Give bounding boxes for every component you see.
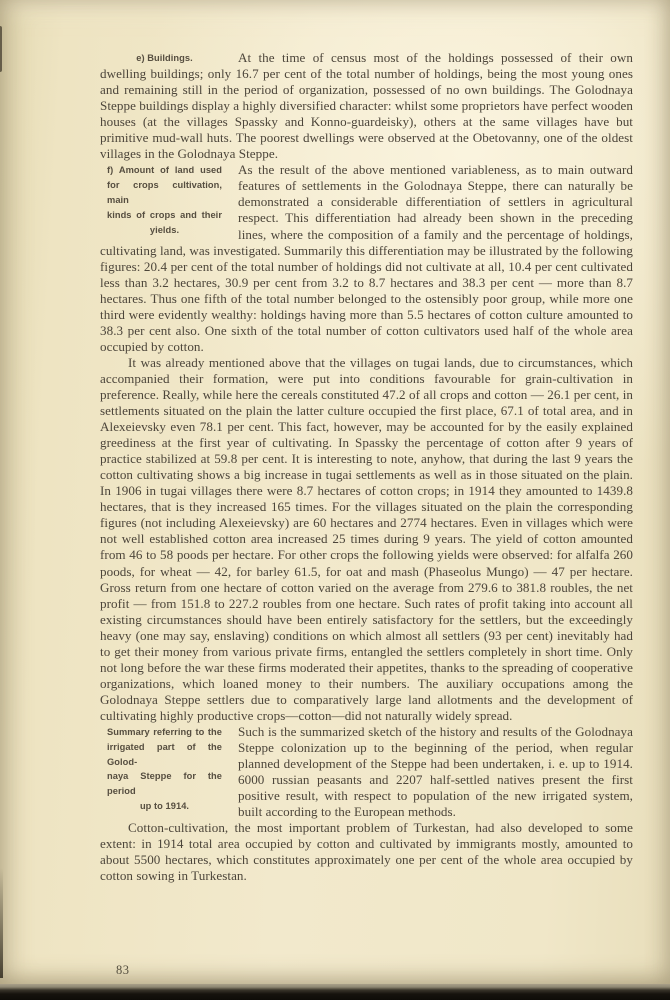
- paragraph-tugai-villages-text: It was already mentioned above that the …: [100, 355, 633, 723]
- margin-note-line: kinds of crops and their: [107, 208, 222, 223]
- page-number: 83: [116, 963, 130, 978]
- scanned-page-background: e) Buildings. At the time of census most…: [0, 0, 670, 1000]
- margin-note-line: for crops cultivation, main: [107, 178, 222, 208]
- margin-note-summary: Summary referring to the irrigated part …: [100, 724, 230, 814]
- scan-edge-artifact-top-left: [0, 26, 2, 72]
- paragraph-buildings-text: At the time of census most of the holdin…: [100, 50, 633, 161]
- scanner-edge-bar: [0, 984, 670, 1000]
- paragraph-buildings: e) Buildings. At the time of census most…: [100, 50, 633, 162]
- margin-note-line: Summary referring to the: [107, 725, 222, 740]
- margin-note-line: yields.: [107, 223, 222, 238]
- book-page: e) Buildings. At the time of census most…: [0, 0, 670, 988]
- margin-note-line: e) Buildings.: [107, 51, 222, 66]
- margin-note-buildings: e) Buildings.: [100, 50, 230, 66]
- margin-note-line: f) Amount of land used: [107, 163, 222, 178]
- text-column: e) Buildings. At the time of census most…: [100, 50, 633, 884]
- paragraph-land-use: f) Amount of land used for crops cultiva…: [100, 162, 633, 355]
- paragraph-tugai-villages: It was already mentioned above that the …: [100, 355, 633, 724]
- paragraph-cotton-cultivation-text: Cotton-cultivation, the most important p…: [100, 820, 633, 883]
- scan-edge-artifact-bottom-left: [0, 868, 3, 978]
- paragraph-summary: Summary referring to the irrigated part …: [100, 724, 633, 820]
- margin-note-line: naya Steppe for the period: [107, 769, 222, 799]
- paragraph-summary-text: Such is the summarized sketch of the his…: [238, 724, 633, 819]
- margin-note-line: irrigated part of the Golod-: [107, 740, 222, 770]
- margin-note-line: up to 1914.: [107, 799, 222, 814]
- margin-note-land-use: f) Amount of land used for crops cultiva…: [100, 162, 230, 237]
- paragraph-cotton-cultivation: Cotton-cultivation, the most important p…: [100, 820, 633, 884]
